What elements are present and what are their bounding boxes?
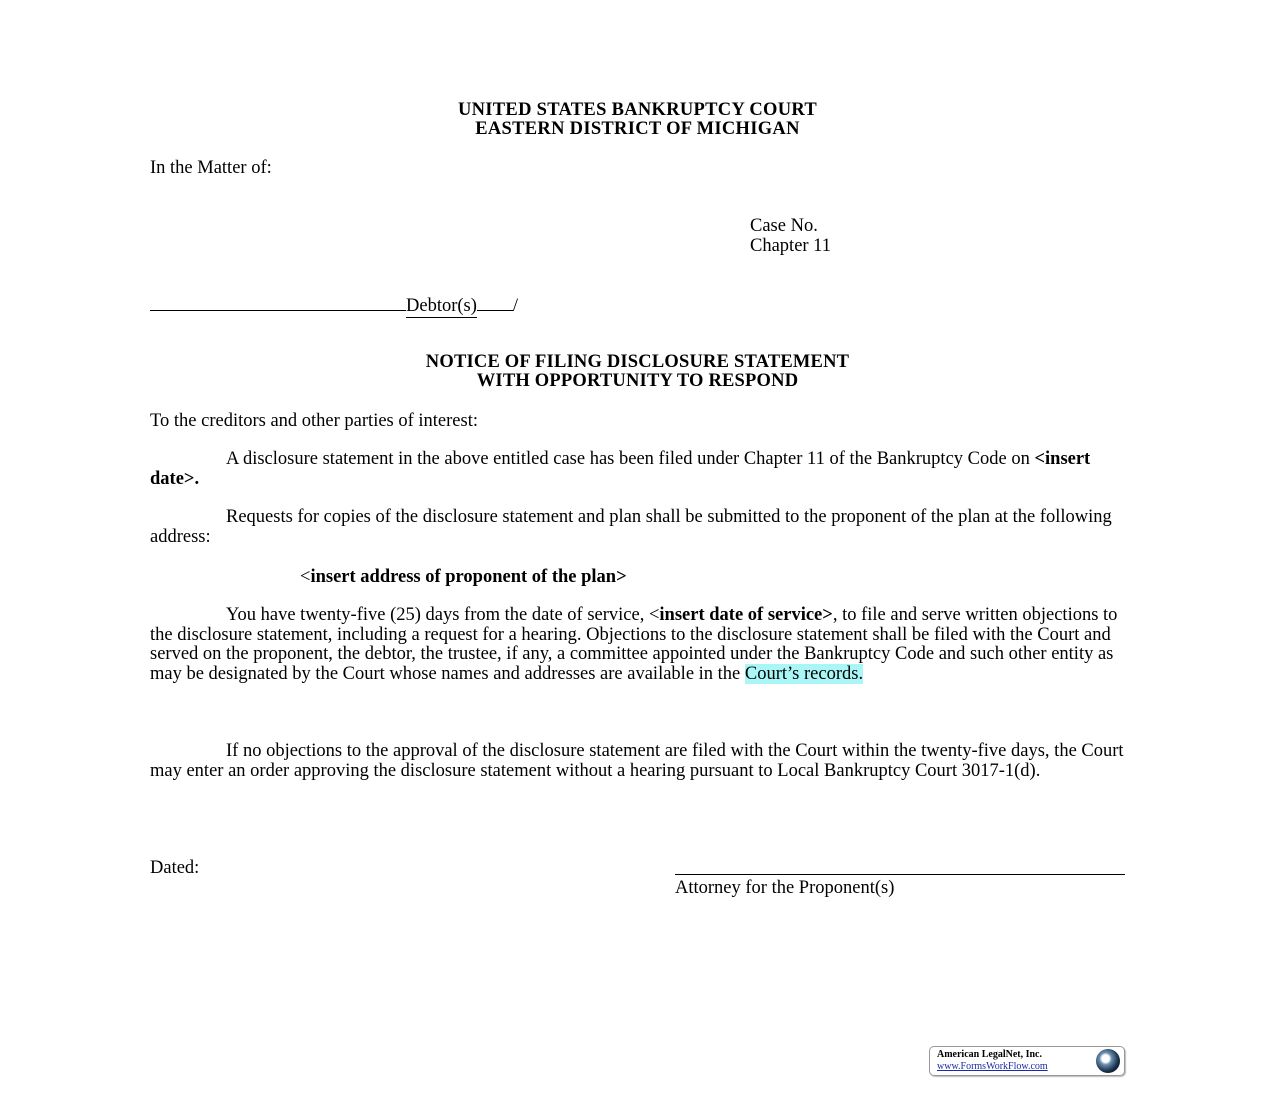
company-name: American LegalNet, Inc. [937, 1049, 1042, 1060]
highlighted-text: Court’s records. [745, 664, 863, 684]
court-district: EASTERN DISTRICT OF MICHIGAN [0, 120, 1275, 139]
insert-date-of-service-placeholder: insert date of service> [659, 605, 832, 625]
paragraph-filing-date: A disclosure statement in the above enti… [150, 450, 1125, 489]
dated-label: Dated: [150, 858, 199, 879]
footer-badge[interactable]: American LegalNet, Inc. www.FormsWorkFlo… [929, 1046, 1125, 1076]
address-placeholder: <insert address of proponent of the plan… [300, 567, 627, 588]
debtor-trailing-blank [477, 294, 513, 311]
salutation: To the creditors and other parties of in… [150, 411, 478, 432]
paragraph-text: A disclosure statement in the above enti… [226, 449, 1034, 469]
company-url-link[interactable]: www.FormsWorkFlow.com [937, 1061, 1048, 1072]
paragraph-text: You have twenty-five (25) days from the … [226, 605, 659, 625]
address-placeholder-text: insert address of proponent of the plan> [310, 567, 626, 587]
debtor-name-blank [150, 294, 406, 311]
case-number-label: Case No. [750, 216, 818, 237]
debtor-label: Debtor(s) [406, 296, 477, 318]
notice-title-line1: NOTICE OF FILING DISCLOSURE STATEMENT [0, 353, 1275, 372]
paragraph-no-objections: If no objections to the approval of the … [150, 742, 1125, 781]
paragraph-text: Requests for copies of the disclosure st… [150, 507, 1112, 547]
court-name: UNITED STATES BANKRUPTCY COURT [0, 101, 1275, 120]
globe-logo-icon [1096, 1049, 1120, 1073]
signature-line [675, 874, 1125, 875]
matter-of-label: In the Matter of: [150, 158, 272, 179]
chapter-label: Chapter 11 [750, 236, 831, 257]
notice-title-line2: WITH OPPORTUNITY TO RESPOND [0, 372, 1275, 391]
paragraph-objections: You have twenty-five (25) days from the … [150, 606, 1125, 684]
debtor-slash: / [513, 296, 518, 316]
paragraph-text: If no objections to the approval of the … [150, 741, 1124, 781]
address-prefix: < [300, 567, 310, 587]
paragraph-requests: Requests for copies of the disclosure st… [150, 508, 1125, 547]
debtor-line: Debtor(s)/ [150, 294, 518, 318]
attorney-label: Attorney for the Proponent(s) [675, 878, 894, 899]
